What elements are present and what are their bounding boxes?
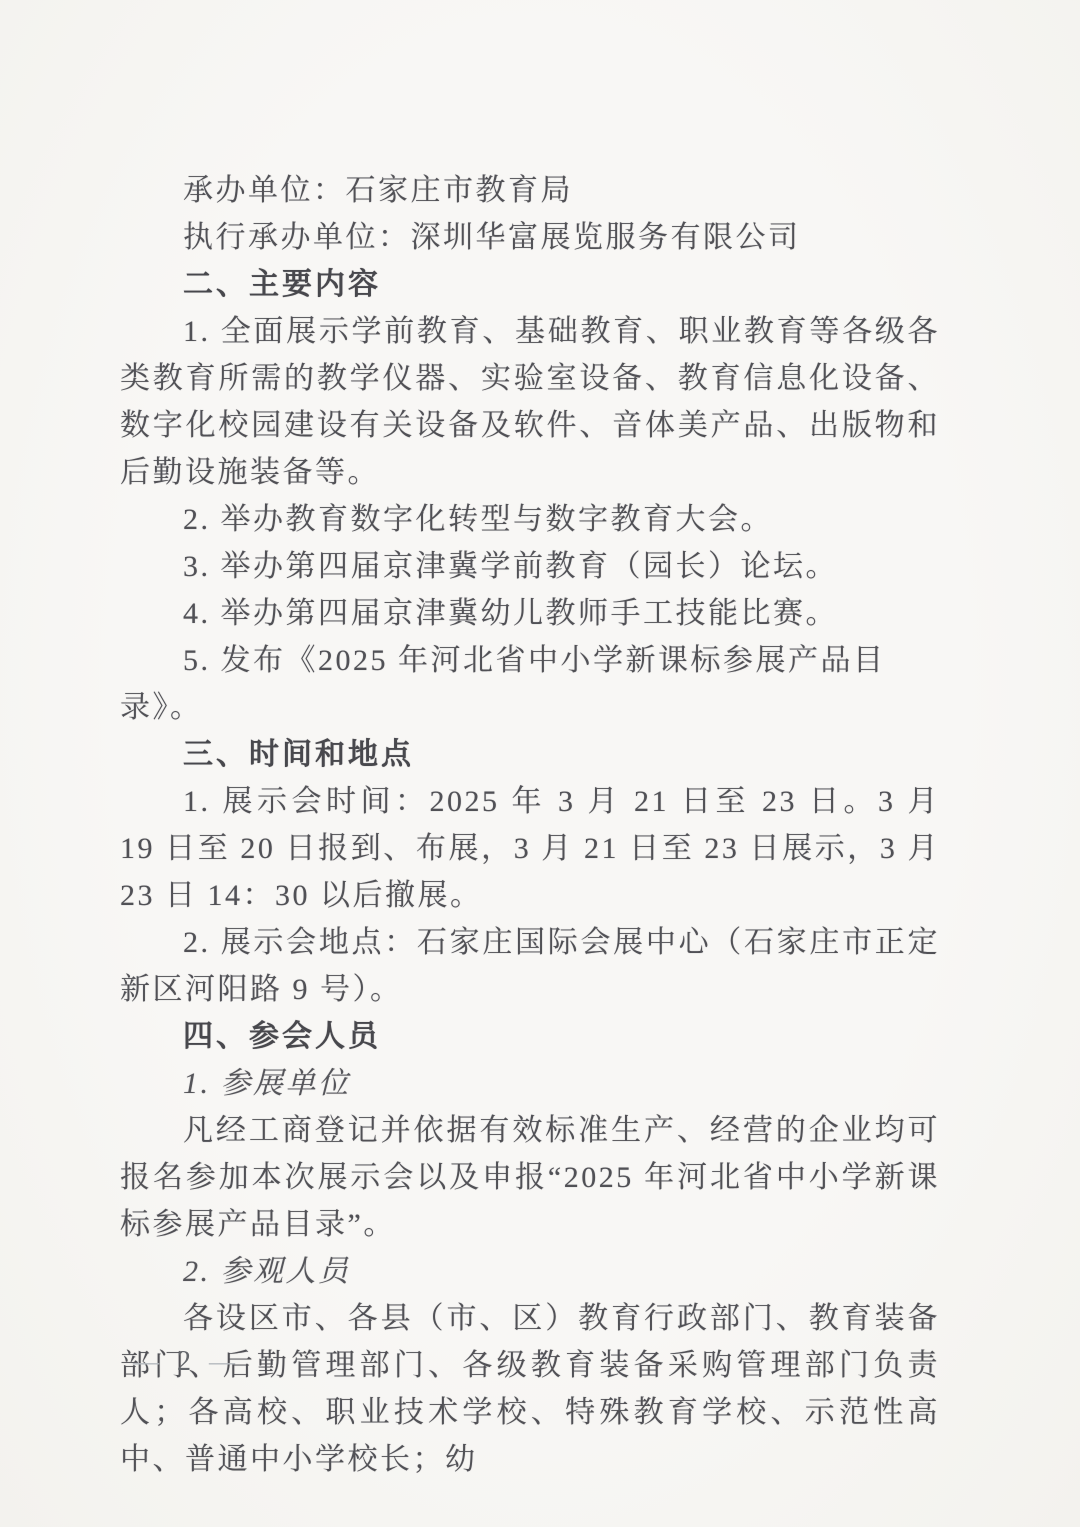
line-executing-organizer: 执行承办单位：深圳华富展览服务有限公司 (120, 214, 940, 261)
para-item-2-conference: 2. 举办教育数字化转型与数字教育大会。 (120, 496, 940, 543)
page-number-dash-right: — (209, 1347, 235, 1377)
heading-section-2: 二、主要内容 (120, 261, 940, 308)
para-exhibition-time: 1. 展示会时间：2025 年 3 月 21 日至 23 日。3 月 19 日至… (120, 778, 940, 919)
page-number-dash-left: — (133, 1347, 159, 1377)
subheading-visitors: 2. 参观人员 (120, 1248, 940, 1295)
para-item-5-catalog: 5. 发布《2025 年河北省中小学新课标参展产品目录》。 (120, 637, 940, 731)
para-exhibition-location: 2. 展示会地点：石家庄国际会展中心（石家庄市正定新区河阳路 9 号）。 (120, 919, 940, 1013)
para-item-1-exhibits: 1. 全面展示学前教育、基础教育、职业教育等各级各类教育所需的教学仪器、实验室设… (120, 308, 940, 496)
para-item-4-competition: 4. 举办第四届京津冀幼儿教师手工技能比赛。 (120, 590, 940, 637)
heading-section-3: 三、时间和地点 (120, 731, 940, 778)
heading-section-4: 四、参会人员 (120, 1013, 940, 1060)
page-number-value: 2 (177, 1347, 191, 1377)
para-visitors: 各设区市、各县（市、区）教育行政部门、教育装备部门、后勤管理部门、各级教育装备采… (120, 1295, 940, 1483)
page-number: — 2 — (133, 1347, 235, 1377)
subheading-exhibitors: 1. 参展单位 (120, 1060, 940, 1107)
para-exhibitors: 凡经工商登记并依据有效标准生产、经营的企业均可报名参加本次展示会以及申报“202… (120, 1107, 940, 1248)
para-item-3-forum: 3. 举办第四届京津冀学前教育（园长）论坛。 (120, 543, 940, 590)
document-page: 承办单位：石家庄市教育局 执行承办单位：深圳华富展览服务有限公司 二、主要内容 … (0, 0, 1080, 1527)
line-organizer: 承办单位：石家庄市教育局 (120, 167, 940, 214)
